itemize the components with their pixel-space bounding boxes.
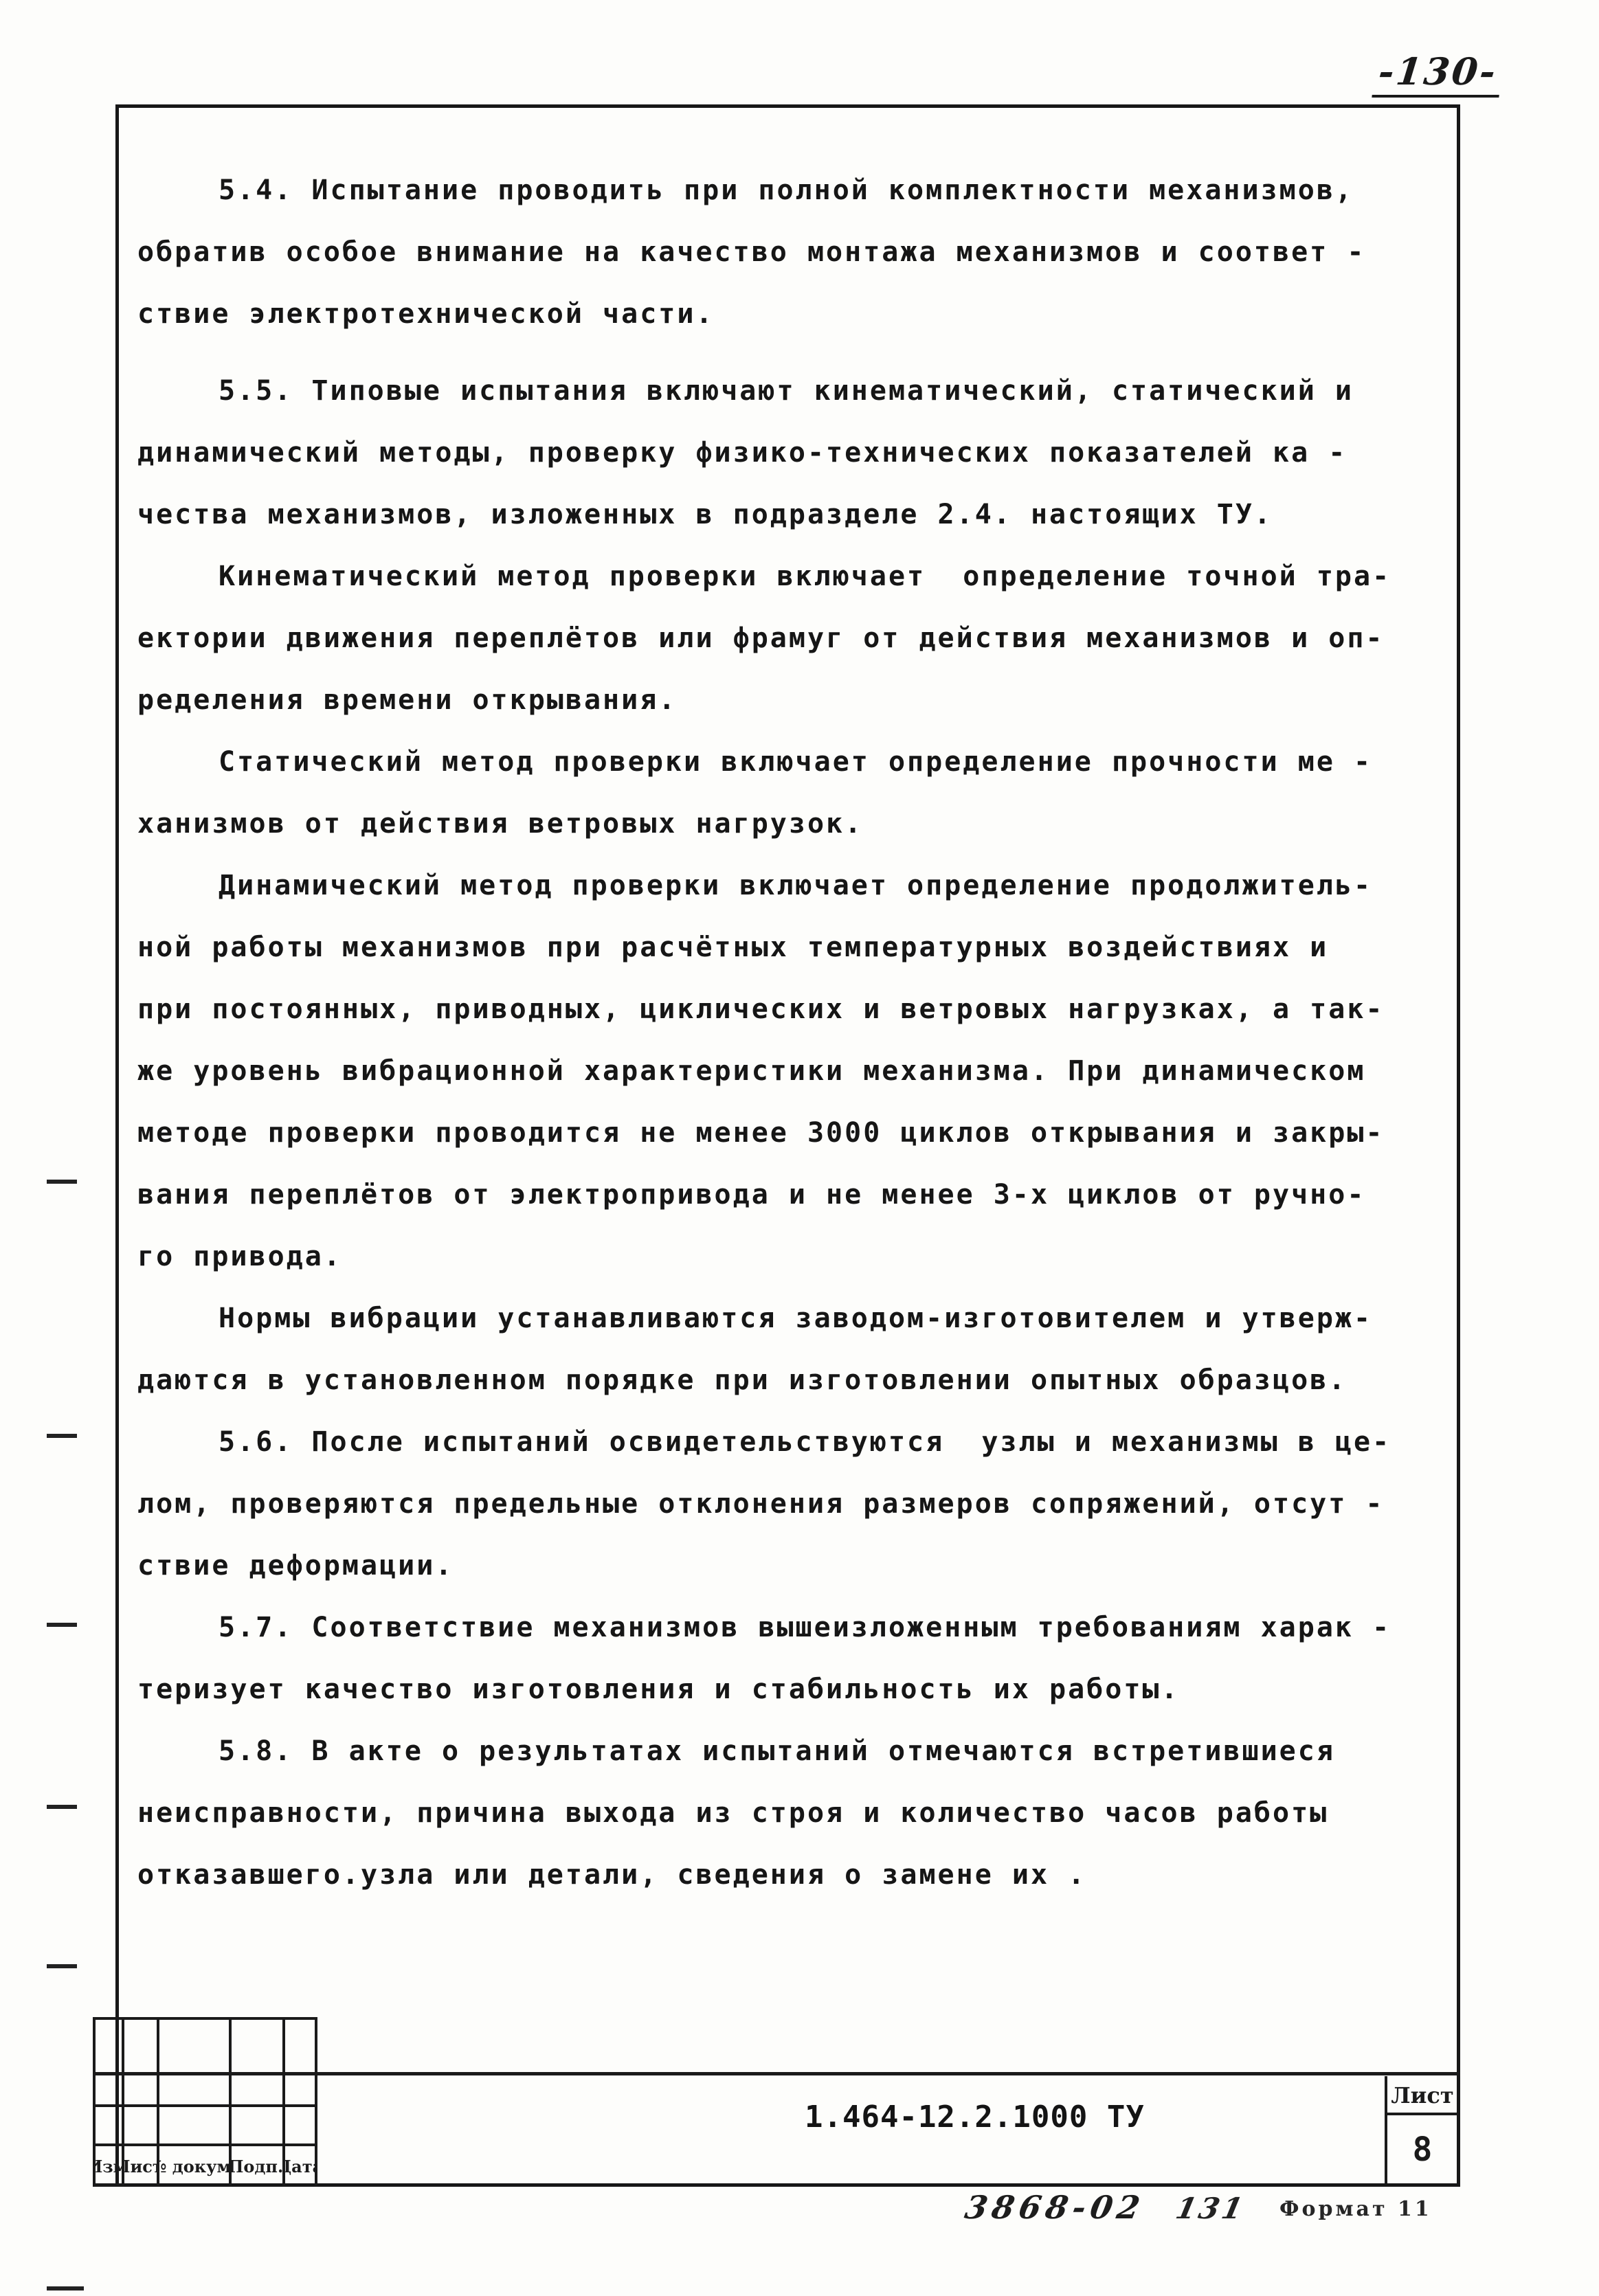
revision-table-header: ИзмЛист№ докум.Подп.Дата (93, 2146, 317, 2187)
body-line: ствие электротехнической части. (137, 283, 1484, 345)
sheet-number: 8 (1387, 2119, 1457, 2181)
body-line: неисправности, причина выхода из строя и… (137, 1782, 1484, 1844)
revision-table: ИзмЛист№ докум.Подп.Дата (93, 2017, 317, 2187)
revision-column-label: Подп. (229, 2157, 282, 2176)
body-line: Динамический метод проверки включает опр… (137, 855, 1484, 916)
body-line: ектории движения переплётов или фрамуг о… (137, 607, 1484, 669)
margin-tick (47, 1623, 77, 1627)
body-line: 5.6. После испытаний освидетельствуются … (137, 1411, 1484, 1473)
body-line: динамический методы, проверку физико-тех… (137, 422, 1484, 484)
stamp-code-handwritten: 3868-02 (962, 2189, 1148, 2226)
body-line: го привода. (137, 1226, 1484, 1287)
body-line: лом, проверяются предельные отклонения р… (137, 1473, 1484, 1535)
body-text: 5.4. Испытание проводить при полной комп… (137, 159, 1484, 1906)
body-line: 5.5. Типовые испытания включают кинемати… (137, 360, 1484, 422)
body-line: ной работы механизмов при расчётных темп… (137, 916, 1484, 978)
page-number: -130- (1372, 49, 1503, 98)
sheet-label: Лист (1387, 2079, 1457, 2112)
margin-tick (47, 1180, 77, 1184)
margin-tick (47, 1805, 77, 1809)
margin-tick (47, 2286, 84, 2291)
body-line: обратив особое внимание на качество монт… (137, 221, 1484, 283)
margin-tick (47, 1964, 77, 1968)
sheet-box-divider (1387, 2113, 1457, 2115)
body-line: ханизмов от действия ветровых нагрузок. (137, 793, 1484, 855)
revision-column-label: Изм (93, 2157, 122, 2176)
revision-column-label: Лист (122, 2157, 157, 2176)
body-line: 5.8. В акте о результатах испытаний отме… (137, 1720, 1484, 1782)
sheet-box: Лист 8 (1385, 2076, 1457, 2183)
body-line: методе проверки проводится не менее 3000… (137, 1102, 1484, 1164)
body-line: 5.4. Испытание проводить при полной комп… (137, 159, 1484, 221)
body-line: теризует качество изготовления и стабиль… (137, 1658, 1484, 1720)
body-line: 5.7. Соответствие механизмов вышеизложен… (137, 1597, 1484, 1658)
body-line: вания переплётов от электропривода и не … (137, 1164, 1484, 1226)
document-number: 1.464-12.2.1000 ТУ (805, 2100, 1145, 2135)
body-line: чества механизмов, изложенных в подразде… (137, 484, 1484, 545)
body-line: Кинематический метод проверки включает о… (137, 545, 1484, 607)
revision-column-label: Дата (282, 2157, 317, 2176)
body-line: ствие деформации. (137, 1535, 1484, 1597)
body-line: отказавшего.узла или детали, сведения о … (137, 1844, 1484, 1906)
body-line: при постоянных, приводных, циклических и… (137, 978, 1484, 1040)
revision-column-label: № докум. (157, 2157, 229, 2176)
body-line: ределения времени открывания. (137, 669, 1484, 731)
body-line: Статический метод проверки включает опре… (137, 731, 1484, 793)
body-line: же уровень вибрационной характеристики м… (137, 1040, 1484, 1102)
body-line: даются в установленном порядке при изгот… (137, 1349, 1484, 1411)
margin-tick (47, 1434, 77, 1438)
body-line: Нормы вибрации устанавливаются заводом-и… (137, 1287, 1484, 1349)
format-label: Формат 11 (1279, 2197, 1432, 2221)
stamp-number-handwritten: 131 (1173, 2192, 1249, 2225)
scanned-document-page: -130- 5.4. Испытание проводить при полно… (0, 0, 1599, 2296)
